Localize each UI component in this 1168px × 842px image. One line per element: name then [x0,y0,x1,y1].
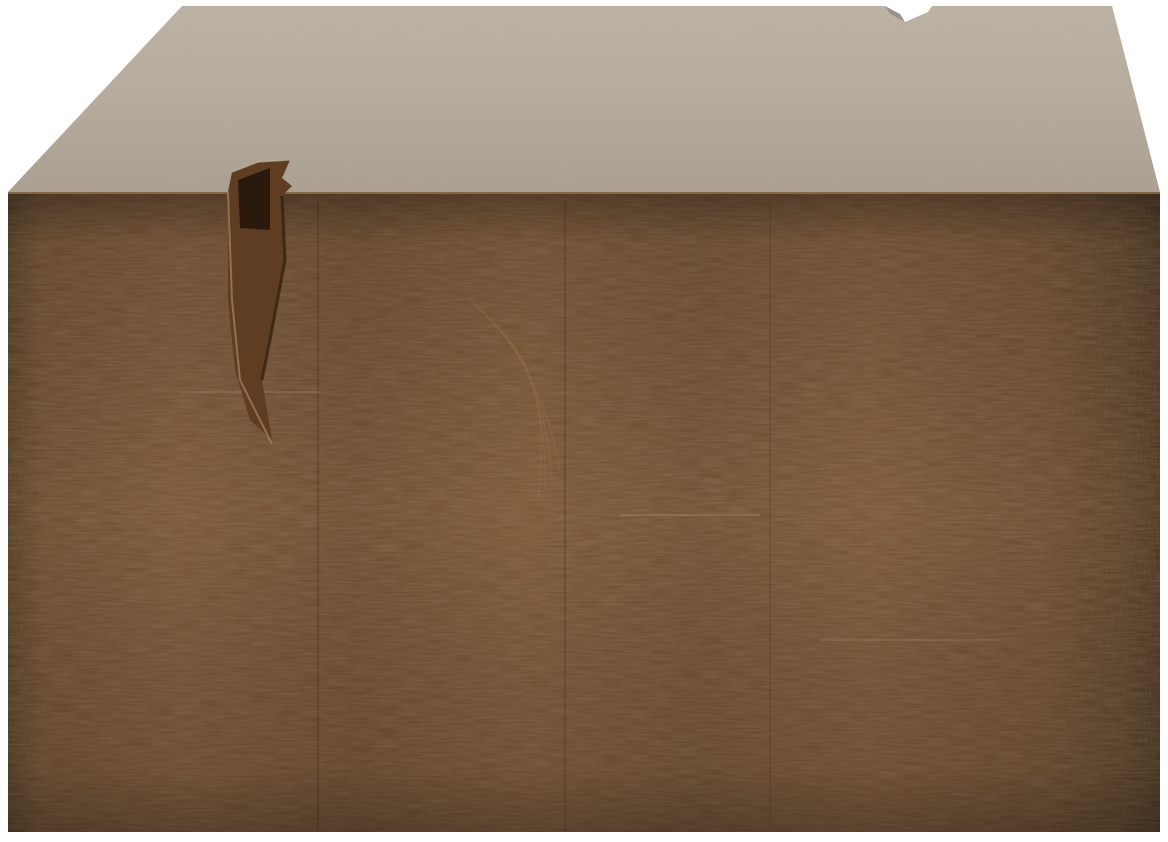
front-face [8,192,1160,832]
product-photo: Rustic wooden block coffee table [0,0,1168,842]
wooden-table-illustration [0,0,1168,842]
top-surface [8,6,1160,192]
